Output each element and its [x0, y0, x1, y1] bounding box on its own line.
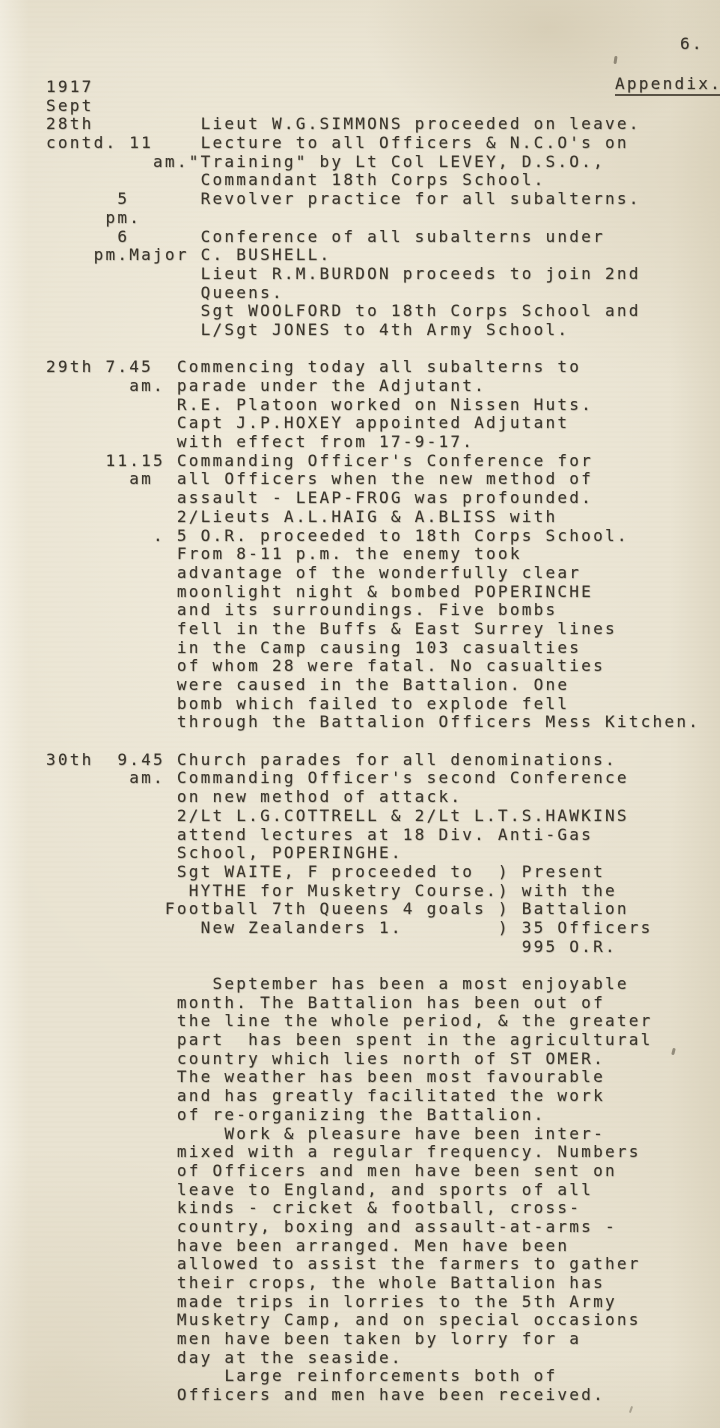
typed-line: 11.15 Commanding Officer's Conference fo… — [46, 452, 706, 471]
typed-line: Large reinforcements both of — [46, 1367, 706, 1386]
typed-line: day at the seaside. — [46, 1349, 706, 1368]
typed-line: 28th Lieut W.G.SIMMONS proceeded on leav… — [46, 115, 706, 134]
typed-line: am all Officers when the new method of — [46, 470, 706, 489]
typed-line: pm. — [46, 209, 706, 228]
typed-line: 29th 7.45 Commencing today all subaltern… — [46, 358, 706, 377]
typed-line: 1917 — [46, 78, 706, 97]
typed-line: am. Commanding Officer's second Conferen… — [46, 769, 706, 788]
typed-line: advantage of the wonderfully clear — [46, 564, 706, 583]
typed-line: kinds - cricket & football, cross- — [46, 1199, 706, 1218]
typed-line: their crops, the whole Battalion has — [46, 1274, 706, 1293]
typed-line: the line the whole period, & the greater — [46, 1012, 706, 1031]
typed-line: 2/Lt L.G.COTTRELL & 2/Lt L.T.S.HAWKINS — [46, 807, 706, 826]
scanned-page: 6. Appendix. 1917Sept28th Lieut W.G.SIMM… — [0, 0, 720, 1428]
typed-line: am. parade under the Adjutant. — [46, 377, 706, 396]
typed-line: country, boxing and assault-at-arms - — [46, 1218, 706, 1237]
typed-line: on new method of attack. — [46, 788, 706, 807]
typed-line: Sgt WAITE, F proceeded to ) Present — [46, 863, 706, 882]
typed-line: 6 Conference of all subalterns under — [46, 228, 706, 247]
typed-line: 30th 9.45 Church parades for all denomin… — [46, 751, 706, 770]
ink-speck — [629, 1406, 633, 1413]
typed-line: New Zealanders 1. ) 35 Officers — [46, 919, 706, 938]
typed-line: Lieut R.M.BURDON proceeds to join 2nd — [46, 265, 706, 284]
typed-line: Football 7th Queens 4 goals ) Battalion — [46, 900, 706, 919]
typed-line: fell in the Buffs & East Surrey lines — [46, 620, 706, 639]
typed-line — [46, 956, 706, 975]
typed-line: L/Sgt JONES to 4th Army School. — [46, 321, 706, 340]
typed-line: in the Camp causing 103 casualties — [46, 639, 706, 658]
typed-line: Sept — [46, 97, 706, 116]
typed-line: part has been spent in the agricultural — [46, 1031, 706, 1050]
typed-line: and has greatly facilitated the work — [46, 1087, 706, 1106]
typed-line: Queens. — [46, 284, 706, 303]
typed-line: School, POPERINGHE. — [46, 844, 706, 863]
typed-line: through the Battalion Officers Mess Kitc… — [46, 713, 706, 732]
typed-line: month. The Battalion has been out of — [46, 994, 706, 1013]
typed-line: with effect from 17-9-17. — [46, 433, 706, 452]
typed-line: . 5 O.R. proceeded to 18th Corps School. — [46, 527, 706, 546]
typed-line: attend lectures at 18 Div. Anti-Gas — [46, 826, 706, 845]
typed-line: and its surroundings. Five bombs — [46, 601, 706, 620]
typed-line: mixed with a regular frequency. Numbers — [46, 1143, 706, 1162]
typed-line: Officers and men have been received. — [46, 1386, 706, 1405]
typed-line: country which lies north of ST OMER. — [46, 1050, 706, 1069]
typed-line: moonlight night & bombed POPERINCHE — [46, 583, 706, 602]
typed-line: men have been taken by lorry for a — [46, 1330, 706, 1349]
typed-line: 995 O.R. — [46, 938, 706, 957]
typed-line: Commandant 18th Corps School. — [46, 171, 706, 190]
typed-line: of whom 28 were fatal. No casualties — [46, 657, 706, 676]
typed-line — [46, 340, 706, 359]
typed-line: Capt J.P.HOXEY appointed Adjutant — [46, 414, 706, 433]
page-number: 6. — [680, 34, 704, 53]
typed-line: pm.Major C. BUSHELL. — [46, 246, 706, 265]
typed-line: leave to England, and sports of all — [46, 1181, 706, 1200]
typed-line: 5 Revolver practice for all subalterns. — [46, 190, 706, 209]
typed-line: Work & pleasure have been inter- — [46, 1125, 706, 1144]
typed-line: Musketry Camp, and on special occasions — [46, 1311, 706, 1330]
typed-line: of Officers and men have been sent on — [46, 1162, 706, 1181]
typed-line: September has been a most enjoyable — [46, 975, 706, 994]
typed-line: have been arranged. Men have been — [46, 1237, 706, 1256]
typed-line: made trips in lorries to the 5th Army — [46, 1293, 706, 1312]
typed-line: contd. 11 Lecture to all Officers & N.C.… — [46, 134, 706, 153]
typed-line: R.E. Platoon worked on Nissen Huts. — [46, 396, 706, 415]
typed-line: HYTHE for Musketry Course.) with the — [46, 882, 706, 901]
typed-line: am."Training" by Lt Col LEVEY, D.S.O., — [46, 153, 706, 172]
typed-line: 2/Lieuts A.L.HAIG & A.BLISS with — [46, 508, 706, 527]
ink-speck — [613, 56, 617, 64]
typed-line: Sgt WOOLFORD to 18th Corps School and — [46, 302, 706, 321]
typed-line: assault - LEAP-FROG was profounded. — [46, 489, 706, 508]
typed-line: The weather has been most favourable — [46, 1068, 706, 1087]
typed-line: bomb which failed to explode fell — [46, 695, 706, 714]
typed-line: allowed to assist the farmers to gather — [46, 1255, 706, 1274]
typed-line — [46, 732, 706, 751]
typed-line: were caused in the Battalion. One — [46, 676, 706, 695]
typed-line: of re-organizing the Battalion. — [46, 1106, 706, 1125]
diary-typed-text: 1917Sept28th Lieut W.G.SIMMONS proceeded… — [46, 78, 706, 1405]
typed-line: From 8-11 p.m. the enemy took — [46, 545, 706, 564]
